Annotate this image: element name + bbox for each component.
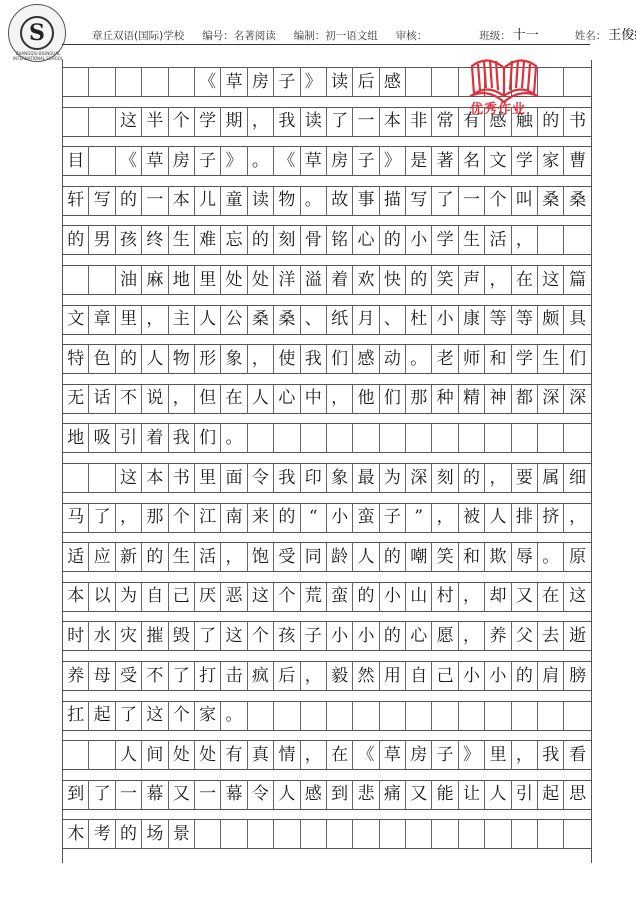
grid-cell: ， bbox=[512, 226, 538, 254]
grid-cell: 快 bbox=[380, 266, 406, 294]
grid-cell: 本 bbox=[142, 464, 168, 492]
grid-cell: 《 bbox=[353, 741, 379, 769]
grid-cell: ” bbox=[406, 504, 432, 532]
grid-cell: 自 bbox=[406, 662, 432, 690]
grid-cell: 的 bbox=[248, 226, 274, 254]
grid-cell bbox=[512, 68, 538, 96]
grid-cell: 的 bbox=[538, 108, 564, 136]
name-field: 姓名：王俊纶 bbox=[575, 24, 636, 43]
grid-cell: 象 bbox=[327, 464, 353, 492]
grid-cell bbox=[353, 424, 379, 452]
grid-cell: 半 bbox=[142, 108, 168, 136]
grid-cell: ， bbox=[301, 741, 327, 769]
grid-cell: 本 bbox=[380, 108, 406, 136]
grid-cell: 考 bbox=[89, 820, 115, 848]
grid-cell: 麻 bbox=[142, 266, 168, 294]
grid-cell: 属 bbox=[538, 464, 564, 492]
grid-cell: 了 bbox=[169, 662, 195, 690]
class-field: 班级：十一 bbox=[479, 24, 557, 43]
grid-cell: 心 bbox=[353, 226, 379, 254]
grid-cell: 终 bbox=[142, 226, 168, 254]
grid-cell: 小 bbox=[485, 662, 511, 690]
grid-cell bbox=[353, 702, 379, 730]
grid-cell: 但 bbox=[195, 385, 221, 413]
grid-cell bbox=[564, 424, 590, 452]
grid-cell: 新 bbox=[116, 543, 142, 571]
grid-cell: 家 bbox=[195, 702, 221, 730]
grid-cell bbox=[459, 424, 485, 452]
grid-cell: 生 bbox=[169, 543, 195, 571]
grid-cell: 己 bbox=[432, 662, 458, 690]
grid-cell: 学 bbox=[432, 226, 458, 254]
grid-cell: 人 bbox=[274, 781, 300, 809]
grid-cell: 处 bbox=[195, 741, 221, 769]
grid-cell: 处 bbox=[248, 266, 274, 294]
grid-cell: 灾 bbox=[116, 622, 142, 650]
school-name: 章丘双语(国际)学校 bbox=[92, 28, 184, 43]
grid-cell: 的 bbox=[406, 266, 432, 294]
grid-cell: 里 bbox=[485, 741, 511, 769]
grid-cell: 形 bbox=[195, 345, 221, 373]
grid-cell: 一 bbox=[195, 781, 221, 809]
grid-cell: 膀 bbox=[564, 662, 590, 690]
grid-cell: 景 bbox=[169, 820, 195, 848]
grid-cell: 引 bbox=[116, 424, 142, 452]
grid-cell: 、 bbox=[380, 306, 406, 334]
grid-cell: 难 bbox=[195, 226, 221, 254]
grid-cell: 常 bbox=[432, 108, 458, 136]
grid-cell: 房 bbox=[327, 147, 353, 175]
grid-cell: 了 bbox=[116, 702, 142, 730]
number-field: 编号：名著阅读 bbox=[202, 28, 276, 43]
grid-cell: 能 bbox=[432, 781, 458, 809]
grid-cell: 深 bbox=[538, 385, 564, 413]
grid-cell: 精 bbox=[459, 385, 485, 413]
grid-cell: 油 bbox=[116, 266, 142, 294]
grid-row: 人间处处有真情，在《草房子》里，我看 bbox=[63, 740, 591, 770]
grid-cell: 物 bbox=[169, 345, 195, 373]
grid-cell: 原 bbox=[564, 543, 590, 571]
grid-cell: 纸 bbox=[327, 306, 353, 334]
grid-cell bbox=[142, 68, 168, 96]
grid-cell bbox=[538, 424, 564, 452]
grid-cell bbox=[63, 741, 89, 769]
grid-cell: 山 bbox=[406, 583, 432, 611]
grid-cell: 色 bbox=[89, 345, 115, 373]
grid-cell: 真 bbox=[248, 741, 274, 769]
grid-cell: 摧 bbox=[142, 622, 168, 650]
grid-cell: 在 bbox=[512, 266, 538, 294]
grid-cell: 、 bbox=[301, 306, 327, 334]
grid-cell: 荒 bbox=[301, 583, 327, 611]
number-value: 名著阅读 bbox=[234, 30, 276, 42]
grid-cell: 铭 bbox=[327, 226, 353, 254]
grid-cell: 让 bbox=[459, 781, 485, 809]
grid-cell bbox=[380, 424, 406, 452]
class-label: 班级： bbox=[479, 30, 511, 42]
grid-cell: 养 bbox=[485, 622, 511, 650]
grid-cell: 后 bbox=[353, 68, 379, 96]
grid-cell bbox=[459, 68, 485, 96]
grid-cell: 活 bbox=[195, 543, 221, 571]
grid-cell bbox=[459, 702, 485, 730]
grid-cell bbox=[89, 741, 115, 769]
grid-cell bbox=[512, 820, 538, 848]
grid-cell bbox=[432, 702, 458, 730]
grid-cell: 等 bbox=[485, 306, 511, 334]
grid-cell: 一 bbox=[459, 187, 485, 215]
grid-cell: 人 bbox=[248, 385, 274, 413]
grid-cell bbox=[89, 464, 115, 492]
grid-cell: 小 bbox=[327, 622, 353, 650]
grid-row: 马了，那个江南来的“小蛮子”，被人排挤， bbox=[63, 503, 591, 533]
grid-cell: 感 bbox=[301, 781, 327, 809]
grid-cell: 笑 bbox=[432, 266, 458, 294]
grid-cell bbox=[221, 820, 247, 848]
grid-cell: 幕 bbox=[221, 781, 247, 809]
grid-cell bbox=[564, 702, 590, 730]
grid-cell: 人 bbox=[195, 306, 221, 334]
grid-cell: 小 bbox=[406, 226, 432, 254]
grid-cell: 又 bbox=[169, 781, 195, 809]
grid-cell bbox=[406, 68, 432, 96]
grid-cell bbox=[406, 424, 432, 452]
grid-row: 地吸引着我们。 bbox=[63, 423, 591, 453]
grid-cell: 这 bbox=[116, 464, 142, 492]
grid-cell: 文 bbox=[63, 306, 89, 334]
grid-cell: 个 bbox=[169, 504, 195, 532]
grid-cell: 我 bbox=[274, 108, 300, 136]
grid-cell bbox=[564, 820, 590, 848]
grid-cell bbox=[248, 424, 274, 452]
grid-cell: ， bbox=[116, 504, 142, 532]
grid-cell: 具 bbox=[564, 306, 590, 334]
grid-cell: 叫 bbox=[512, 187, 538, 215]
grid-row: 到了一幕又一幕令人感到悲痛又能让人引起思 bbox=[63, 780, 591, 810]
grid-cell: 着 bbox=[142, 424, 168, 452]
grid-cell: 》 bbox=[221, 147, 247, 175]
grid-cell bbox=[327, 820, 353, 848]
grid-row: 的男孩终生难忘的刻骨铭心的小学生活， bbox=[63, 225, 591, 255]
grid-cell: ， bbox=[485, 464, 511, 492]
grid-cell: ， bbox=[169, 385, 195, 413]
grid-cell bbox=[512, 702, 538, 730]
grid-cell: ， bbox=[512, 741, 538, 769]
grid-cell: 。 bbox=[301, 187, 327, 215]
grid-cell: 我 bbox=[274, 464, 300, 492]
grid-cell: 小 bbox=[459, 662, 485, 690]
grid-cell bbox=[564, 226, 590, 254]
grid-cell bbox=[485, 424, 511, 452]
grid-cell: 恶 bbox=[221, 583, 247, 611]
grid-cell: 了 bbox=[195, 622, 221, 650]
grid-cell: 个 bbox=[274, 583, 300, 611]
grid-cell: 们 bbox=[327, 345, 353, 373]
grid-row: 适应新的生活，饱受同龄人的嘲笑和欺辱。原 bbox=[63, 542, 591, 572]
grid-cell: 读 bbox=[301, 108, 327, 136]
grid-cell bbox=[485, 702, 511, 730]
grid-cell: 。 bbox=[221, 424, 247, 452]
grid-cell: 母 bbox=[89, 662, 115, 690]
grid-cell: 思 bbox=[564, 781, 590, 809]
grid-cell: 们 bbox=[564, 345, 590, 373]
grid-cell: 里 bbox=[195, 464, 221, 492]
grid-cell: 《 bbox=[116, 147, 142, 175]
grid-cell: 的 bbox=[380, 226, 406, 254]
grid-cell: 的 bbox=[116, 345, 142, 373]
grid-cell: 我 bbox=[169, 424, 195, 452]
grid-cell: 却 bbox=[485, 583, 511, 611]
name-value: 王俊纶 bbox=[608, 28, 636, 43]
name-label: 姓名： bbox=[575, 30, 607, 42]
grid-cell: 又 bbox=[512, 583, 538, 611]
grid-cell: 是 bbox=[406, 147, 432, 175]
grid-cell bbox=[380, 702, 406, 730]
grid-cell: 来 bbox=[248, 504, 274, 532]
grid-cell: 溢 bbox=[301, 266, 327, 294]
grid-cell: 和 bbox=[459, 543, 485, 571]
grid-cell: 们 bbox=[380, 385, 406, 413]
grid-cell: 杜 bbox=[406, 306, 432, 334]
grid-cell: 的 bbox=[63, 226, 89, 254]
grid-cell: 深 bbox=[564, 385, 590, 413]
grid-cell: 面 bbox=[221, 464, 247, 492]
grid-cell: 令 bbox=[248, 781, 274, 809]
grid-cell: 生 bbox=[459, 226, 485, 254]
grid-cell: 时 bbox=[63, 622, 89, 650]
grid-cell bbox=[380, 820, 406, 848]
grid-cell: 间 bbox=[142, 741, 168, 769]
grid-cell: 欢 bbox=[353, 266, 379, 294]
grid-cell: 动 bbox=[380, 345, 406, 373]
grid-cell: 小 bbox=[327, 504, 353, 532]
grid-cell: 个 bbox=[169, 108, 195, 136]
grid-cell: 了 bbox=[432, 187, 458, 215]
grid-cell: 有 bbox=[221, 741, 247, 769]
grid-cell: 学 bbox=[512, 345, 538, 373]
grid-cell: 不 bbox=[142, 662, 168, 690]
grid-cell: 读 bbox=[248, 187, 274, 215]
grid-row: 养母受不了打击疯后，毅然用自己小小的肩膀 bbox=[63, 661, 591, 691]
grid-cell: 我 bbox=[538, 741, 564, 769]
grid-cell: 草 bbox=[380, 741, 406, 769]
grid-cell: 神 bbox=[485, 385, 511, 413]
grid-cell: 在 bbox=[327, 741, 353, 769]
grid-cell: 人 bbox=[485, 504, 511, 532]
grid-cell bbox=[432, 424, 458, 452]
grid-cell: 《 bbox=[195, 68, 221, 96]
grid-cell: 名 bbox=[459, 147, 485, 175]
grid-cell bbox=[116, 68, 142, 96]
grid-cell: 刻 bbox=[274, 226, 300, 254]
editor-label: 编制： bbox=[294, 30, 326, 42]
grid-cell: 男 bbox=[89, 226, 115, 254]
grid-cell: ， bbox=[248, 345, 274, 373]
grid-cell: 到 bbox=[63, 781, 89, 809]
grid-cell: 受 bbox=[116, 662, 142, 690]
grid-cell: 看 bbox=[564, 741, 590, 769]
grid-cell: 等 bbox=[512, 306, 538, 334]
grid-cell: 房 bbox=[406, 741, 432, 769]
grid-cell: 地 bbox=[169, 266, 195, 294]
grid-cell: 师 bbox=[459, 345, 485, 373]
grid-cell: 》 bbox=[301, 68, 327, 96]
grid-cell: 小 bbox=[432, 306, 458, 334]
grid-cell: 饱 bbox=[248, 543, 274, 571]
grid-cell: 毅 bbox=[327, 662, 353, 690]
grid-cell: 父 bbox=[512, 622, 538, 650]
grid-cell: 木 bbox=[63, 820, 89, 848]
grid-row: 扛起了这个家。 bbox=[63, 701, 591, 731]
grid-cell: ， bbox=[327, 385, 353, 413]
grid-cell: “ bbox=[301, 504, 327, 532]
grid-cell: 用 bbox=[380, 662, 406, 690]
grid-row: 目《草房子》。《草房子》是著名文学家曹 bbox=[63, 146, 591, 176]
grid-cell: 龄 bbox=[327, 543, 353, 571]
grid-cell bbox=[406, 820, 432, 848]
grid-cell: 在 bbox=[221, 385, 247, 413]
grid-cell: 为 bbox=[380, 464, 406, 492]
grid-cell: 本 bbox=[169, 187, 195, 215]
grid-cell: 又 bbox=[406, 781, 432, 809]
grid-cell bbox=[327, 424, 353, 452]
grid-cell: 非 bbox=[406, 108, 432, 136]
grid-cell: 肩 bbox=[538, 662, 564, 690]
grid-cell bbox=[89, 68, 115, 96]
grid-cell: 细 bbox=[564, 464, 590, 492]
grid-cell: 适 bbox=[63, 543, 89, 571]
grid-cell: 的 bbox=[353, 583, 379, 611]
grid-cell: 了 bbox=[89, 504, 115, 532]
grid-cell: 桑 bbox=[274, 306, 300, 334]
grid-cell: 我 bbox=[301, 345, 327, 373]
grid-cell: 一 bbox=[116, 781, 142, 809]
grid-cell: 子 bbox=[274, 68, 300, 96]
grid-cell: 印 bbox=[301, 464, 327, 492]
grid-cell: ， bbox=[142, 306, 168, 334]
grid-cell bbox=[274, 424, 300, 452]
grid-cell: 子 bbox=[301, 622, 327, 650]
grid-cell bbox=[248, 702, 274, 730]
grid-cell bbox=[301, 424, 327, 452]
review-label: 审核： bbox=[396, 30, 428, 42]
grid-cell: 月 bbox=[353, 306, 379, 334]
grid-cell: 江 bbox=[195, 504, 221, 532]
grid-row: 木考的场景 bbox=[63, 819, 591, 849]
grid-cell: 毁 bbox=[169, 622, 195, 650]
grid-cell bbox=[485, 68, 511, 96]
grid-cell: 蛮 bbox=[327, 583, 353, 611]
grid-row: 时水灾摧毁了这个孩子小小的心愿，养父去逝 bbox=[63, 621, 591, 651]
grid-cell bbox=[512, 424, 538, 452]
grid-cell bbox=[89, 266, 115, 294]
grid-row: 这本书里面令我印象最为深刻的，要属细 bbox=[63, 463, 591, 493]
grid-cell: 他 bbox=[353, 385, 379, 413]
grid-cell: 草 bbox=[142, 147, 168, 175]
grid-cell: 这 bbox=[142, 702, 168, 730]
grid-cell: 的 bbox=[274, 504, 300, 532]
grid-cell: 个 bbox=[169, 702, 195, 730]
grid-cell: 笑 bbox=[432, 543, 458, 571]
grid-cell: 们 bbox=[195, 424, 221, 452]
grid-cell: 家 bbox=[538, 147, 564, 175]
grid-cell: 应 bbox=[89, 543, 115, 571]
grid-cell: 轩 bbox=[63, 187, 89, 215]
grid-cell: 痛 bbox=[380, 781, 406, 809]
grid-cell bbox=[353, 820, 379, 848]
grid-cell: 都 bbox=[512, 385, 538, 413]
grid-row: 油麻地里处处洋溢着欢快的笑声，在这篇 bbox=[63, 265, 591, 295]
grid-cell: 那 bbox=[406, 385, 432, 413]
grid-cell: 自 bbox=[142, 583, 168, 611]
grid-cell: 颇 bbox=[538, 306, 564, 334]
grid-cell: 不 bbox=[116, 385, 142, 413]
grid-cell: 为 bbox=[116, 583, 142, 611]
grid-cell: 起 bbox=[89, 702, 115, 730]
grid-cell: 个 bbox=[485, 187, 511, 215]
grid-cell: 排 bbox=[512, 504, 538, 532]
grid-cell: ， bbox=[432, 504, 458, 532]
grid-cell: 的 bbox=[380, 543, 406, 571]
grid-cell: 桑 bbox=[564, 187, 590, 215]
grid-cell: 着 bbox=[327, 266, 353, 294]
excellent-homework-stamp: 优秀作业 bbox=[470, 98, 526, 117]
grid-cell: 草 bbox=[301, 147, 327, 175]
grid-cell: 公 bbox=[221, 306, 247, 334]
grid-cell bbox=[406, 702, 432, 730]
grid-cell: 子 bbox=[380, 504, 406, 532]
grid-cell: 水 bbox=[89, 622, 115, 650]
grid-cell: 然 bbox=[353, 662, 379, 690]
grid-cell: 里 bbox=[116, 306, 142, 334]
grid-cell bbox=[248, 820, 274, 848]
grid-cell: 本 bbox=[63, 583, 89, 611]
worksheet-header: 章丘双语(国际)学校 编号：名著阅读 编制：初一语文组 审核： 班级：十一 姓名… bbox=[92, 29, 636, 43]
grid-cell: 儿 bbox=[195, 187, 221, 215]
grid-cell: 生 bbox=[538, 345, 564, 373]
grid-cell: 人 bbox=[353, 543, 379, 571]
grid-cell bbox=[63, 68, 89, 96]
grid-cell bbox=[301, 820, 327, 848]
grid-cell: 要 bbox=[512, 464, 538, 492]
grid-cell: 处 bbox=[169, 741, 195, 769]
grid-cell: 同 bbox=[301, 543, 327, 571]
review-field: 审核： bbox=[396, 28, 428, 43]
grid-cell: 后 bbox=[274, 662, 300, 690]
grid-cell: 著 bbox=[432, 147, 458, 175]
grid-cell: 读 bbox=[327, 68, 353, 96]
grid-cell: 个 bbox=[248, 622, 274, 650]
grid-cell bbox=[274, 702, 300, 730]
grid-cell: 。 bbox=[248, 147, 274, 175]
grid-cell: 愿 bbox=[432, 622, 458, 650]
class-value: 十一 bbox=[513, 28, 539, 43]
grid-cell: 最 bbox=[353, 464, 379, 492]
logo-ring-text: ZHANGQIU BILINGUAL INTERNATIONAL SCHOOL bbox=[9, 51, 67, 61]
grid-cell: 南 bbox=[221, 504, 247, 532]
grid-cell: 的 bbox=[512, 662, 538, 690]
grid-cell: 中 bbox=[301, 385, 327, 413]
grid-cell bbox=[195, 820, 221, 848]
grid-cell: 《 bbox=[274, 147, 300, 175]
grid-cell: 到 bbox=[327, 781, 353, 809]
grid-cell: ， bbox=[248, 108, 274, 136]
header-rule bbox=[62, 44, 590, 45]
grid-cell: ， bbox=[459, 622, 485, 650]
grid-cell: 令 bbox=[248, 464, 274, 492]
editor-value: 初一语文组 bbox=[325, 30, 378, 42]
grid-cell: 写 bbox=[406, 187, 432, 215]
